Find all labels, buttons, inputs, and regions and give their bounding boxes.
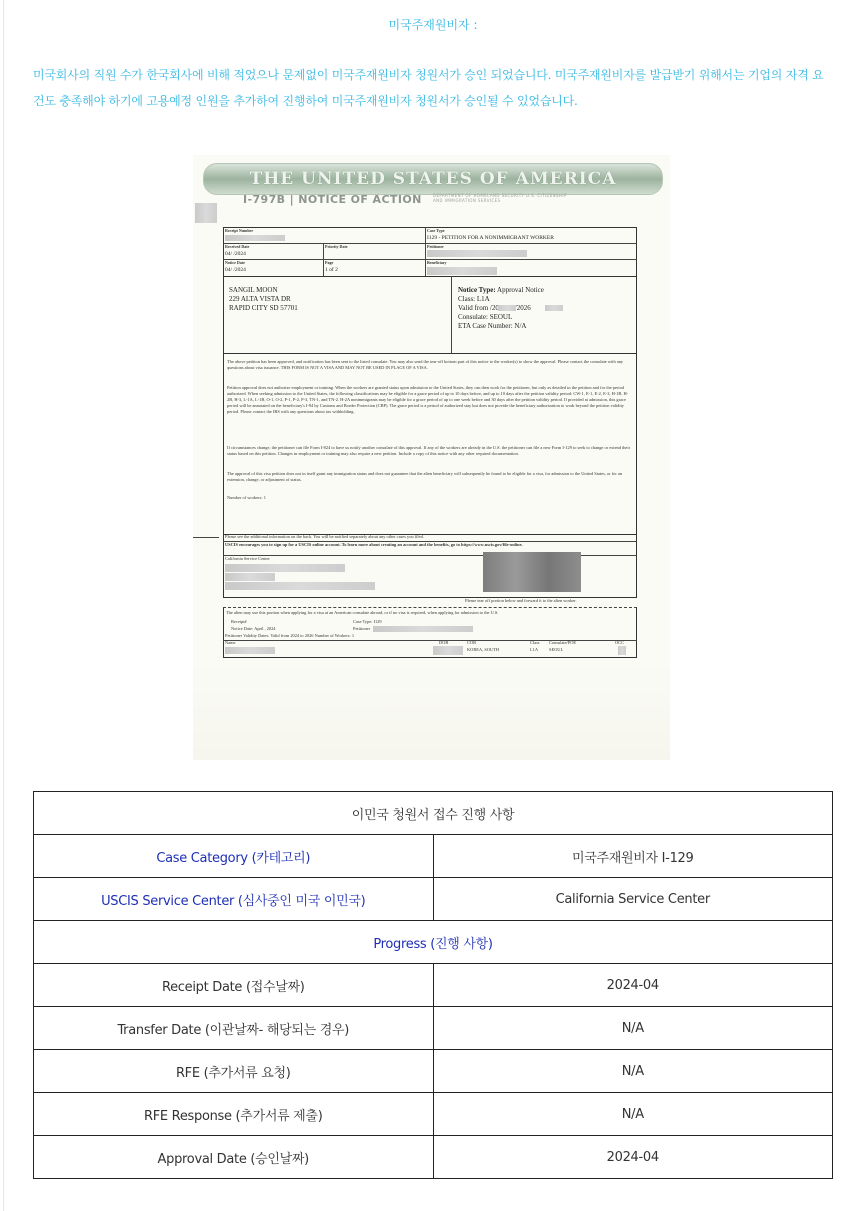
cob-value: KOREA, SOUTH bbox=[467, 647, 499, 653]
rfe-label: RFE (추가서류 요청) bbox=[34, 1050, 434, 1093]
address-line: 229 ALTA VISTA DR bbox=[229, 295, 298, 304]
redacted-address bbox=[225, 582, 375, 590]
form-title-text: I-797B | NOTICE OF ACTION bbox=[243, 193, 422, 206]
page-label: Page bbox=[325, 260, 333, 265]
rfe-response-value: N/A bbox=[433, 1093, 833, 1136]
page-value: 1 of 2 bbox=[325, 267, 338, 273]
notice-type-value: Approval Notice bbox=[497, 286, 544, 294]
address-line: SANGIL MOON bbox=[229, 286, 298, 295]
col-class: Class bbox=[530, 640, 540, 646]
transfer-date-value: N/A bbox=[433, 1007, 833, 1050]
redacted-address bbox=[225, 573, 275, 581]
tear-off-receipt: Receipt# bbox=[231, 619, 247, 625]
case-category-label: Case Category (카테고리) bbox=[34, 835, 434, 878]
redacted-name bbox=[225, 647, 275, 654]
redacted-occ bbox=[618, 646, 626, 655]
tear-off-intro: The alien may use this portion when appl… bbox=[226, 610, 632, 616]
tear-off-case-type: Case Type: I129 bbox=[353, 619, 382, 625]
document-banner: THE UNITED STATES OF AMERICA bbox=[203, 163, 663, 195]
petitioner-label: Petitioner bbox=[427, 244, 444, 249]
tear-off-notice-date: Notice Date: April , 2024 bbox=[231, 626, 276, 632]
redacted-date bbox=[545, 305, 563, 311]
tear-off-petitioner: Petitioner bbox=[353, 626, 370, 632]
table-row: Transfer Date (이관날짜- 해당되는 경우) N/A bbox=[34, 1007, 833, 1050]
section-title: 미국주재원비자 : bbox=[0, 16, 850, 33]
case-type-value: I129 - PETITION FOR A NONIMMIGRANT WORKE… bbox=[427, 235, 554, 241]
additional-info-note: Please see the additional information on… bbox=[225, 534, 631, 540]
transfer-date-label: Transfer Date (이관날짜- 해당되는 경우) bbox=[34, 1007, 434, 1050]
grid-line bbox=[425, 227, 426, 277]
intro-paragraph: 미국회사의 직원 수가 한국회사에 비해 적었으나 문제없이 미국주재원비자 청… bbox=[33, 62, 833, 114]
service-center-label: USCIS Service Center (심사중인 미국 이민국) bbox=[34, 878, 434, 921]
table-row: Receipt Date (접수날짜) 2024-04 bbox=[34, 964, 833, 1007]
table-row: Case Category (카테고리) 미국주재원비자 I-129 bbox=[34, 835, 833, 878]
margin-mark bbox=[193, 537, 219, 538]
notice-eta: ETA Case Number: N/A bbox=[458, 322, 544, 331]
received-date-value: 04/ /2024 bbox=[225, 251, 246, 257]
class-value: L1A bbox=[530, 647, 538, 653]
tear-off-instruction: Please tear off portion below and forwar… bbox=[465, 598, 577, 604]
case-type-label: Case Type bbox=[427, 228, 445, 233]
service-center-name: California Service Center bbox=[225, 556, 270, 562]
consulate-value: SEOUL bbox=[549, 647, 563, 653]
progress-header: Progress (진행 사항) bbox=[34, 921, 833, 964]
approval-notice-image: THE UNITED STATES OF AMERICA I-797B | NO… bbox=[193, 155, 670, 760]
notice-class: Class: L1A bbox=[458, 295, 544, 304]
redacted-petitioner bbox=[427, 250, 527, 257]
receipt-date-label: Receipt Date (접수날짜) bbox=[34, 964, 434, 1007]
table-row: Approval Date (승인날짜) 2024-04 bbox=[34, 1136, 833, 1179]
notice-date-label: Notice Date bbox=[225, 260, 245, 265]
redacted-barcode bbox=[483, 552, 581, 592]
status-paragraph: The approval of this visa petition does … bbox=[227, 471, 633, 483]
grid-line bbox=[323, 243, 324, 277]
rfe-response-label: RFE Response (추가서류 제출) bbox=[34, 1093, 434, 1136]
form-title: I-797B | NOTICE OF ACTION DEPARTMENT OF … bbox=[243, 193, 422, 206]
col-cob: COB bbox=[467, 640, 476, 646]
body-text-block bbox=[223, 353, 637, 535]
table-title: 이민국 청원서 접수 진행 사항 bbox=[34, 792, 833, 835]
approval-date-label: Approval Date (승인날짜) bbox=[34, 1136, 434, 1179]
notice-date-value: 04/ /2024 bbox=[225, 267, 246, 273]
col-consulate: Consulate/POE bbox=[549, 640, 576, 646]
redacted-date bbox=[498, 305, 516, 311]
table-row: RFE Response (추가서류 제출) N/A bbox=[34, 1093, 833, 1136]
received-date-label: Received Date bbox=[225, 244, 249, 249]
petition-progress-table: 이민국 청원서 접수 진행 사항 Case Category (카테고리) 미국… bbox=[33, 791, 833, 1179]
receipt-number-label: Receipt Number bbox=[225, 228, 253, 233]
receipt-date-value: 2024-04 bbox=[433, 964, 833, 1007]
employment-paragraph: Petition approval does not authorize emp… bbox=[227, 385, 633, 415]
case-category-value: 미국주재원비자 I-129 bbox=[433, 835, 833, 878]
tear-off-validity: Petitioner Validity Dates: Valid from 20… bbox=[225, 633, 354, 639]
redacted-dob bbox=[433, 646, 463, 655]
service-center-value: California Service Center bbox=[433, 878, 833, 921]
notice-type: Notice Type: Approval Notice bbox=[458, 286, 544, 295]
beneficiary-label: Beneficiary bbox=[427, 260, 447, 265]
priority-date-label: Priority Date bbox=[325, 244, 348, 249]
address-line: RAPID CITY SD 57701 bbox=[229, 304, 298, 313]
redacted-petitioner bbox=[373, 626, 473, 632]
notice-consulate: Consulate: SEOUL bbox=[458, 313, 544, 322]
redacted-receipt-number bbox=[225, 235, 285, 241]
table-row: USCIS Service Center (심사중인 미국 이민국) Calif… bbox=[34, 878, 833, 921]
redacted-beneficiary bbox=[427, 267, 497, 275]
grid-line bbox=[451, 276, 452, 354]
approval-paragraph: The above petition has been approved, an… bbox=[227, 359, 633, 371]
redacted-address bbox=[225, 564, 345, 572]
rfe-value: N/A bbox=[433, 1050, 833, 1093]
online-account-note: USCIS encourages you to sign up for a US… bbox=[225, 542, 631, 548]
approval-date-value: 2024-04 bbox=[433, 1136, 833, 1179]
number-of-workers: Number of workers: 1 bbox=[227, 495, 266, 501]
mailing-address: SANGIL MOON 229 ALTA VISTA DR RAPID CITY… bbox=[229, 286, 298, 313]
watermark-background bbox=[193, 660, 670, 760]
department-text: DEPARTMENT OF HOMELAND SECURITY U.S. CIT… bbox=[433, 193, 573, 203]
page-left-border bbox=[3, 0, 4, 1211]
redacted-block bbox=[195, 203, 217, 223]
col-name: Name bbox=[225, 640, 235, 646]
circumstances-paragraph: If circumstances change, the petitioner … bbox=[227, 445, 633, 457]
notice-type-label: Notice Type: bbox=[458, 286, 496, 294]
table-row: RFE (추가서류 요청) N/A bbox=[34, 1050, 833, 1093]
